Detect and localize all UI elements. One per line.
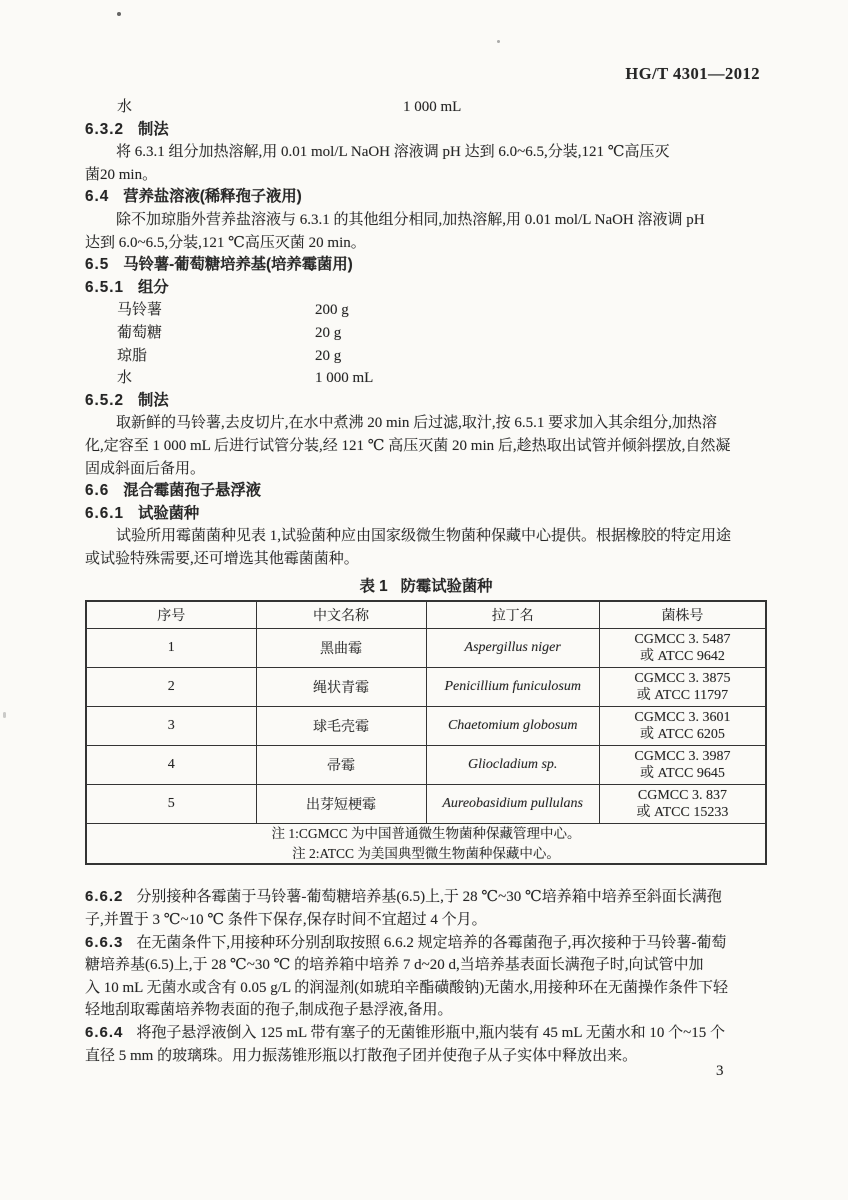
serial-cell: 4 xyxy=(86,746,256,785)
clause-number: 6.6.4 xyxy=(85,1024,123,1041)
ingredient-name: 琼脂 xyxy=(117,348,147,364)
table-row: 1 黑曲霉 Aspergillus niger CGMCC 3. 5487 或 … xyxy=(86,629,766,668)
clause-heading-651: 6.5.1组分 xyxy=(85,277,767,300)
latin-name-cell: Aureobasidium pullulans xyxy=(426,785,599,824)
ingredient-amount: 20 g xyxy=(315,322,341,345)
ingredient-row: 马铃薯 200 g xyxy=(85,299,767,322)
clause-paragraph-662: 6.6.2分别接种各霉菌于马铃薯-葡萄糖培养基(6.5)上,于 28 ℃~30 … xyxy=(85,886,767,909)
ingredient-amount: 20 g xyxy=(315,345,341,368)
paragraph-line: 将 6.3.1 组分加热溶解,用 0.01 mol/L NaOH 溶液调 pH … xyxy=(85,141,767,164)
table-header-row: 序号 中文名称 拉丁名 菌株号 xyxy=(86,601,766,629)
ingredient-name: 葡萄糖 xyxy=(117,325,162,341)
table-header-cell: 序号 xyxy=(86,601,256,629)
strain-line: CGMCC 3. 3601 xyxy=(604,709,761,727)
table-row: 2 绳状青霉 Penicillium funiculosum CGMCC 3. … xyxy=(86,668,766,707)
paragraph-line: 轻地刮取霉菌培养物表面的孢子,制成孢子悬浮液,备用。 xyxy=(85,999,767,1022)
table-caption: 表 1防霉试验菌种 xyxy=(85,575,767,598)
strain-line: 或 ATCC 9645 xyxy=(604,765,761,783)
paragraph-line: 固成斜面后备用。 xyxy=(85,458,767,481)
table-notes: 注 1:CGMCC 为中国普通微生物菌种保藏管理中心。 注 2:ATCC 为美国… xyxy=(86,824,766,865)
latin-name-cell: Penicillium funiculosum xyxy=(426,668,599,707)
strain-line: CGMCC 3. 837 xyxy=(604,787,761,805)
paragraph-text: 分别接种各霉菌于马铃薯-葡萄糖培养基(6.5)上,于 28 ℃~30 ℃培养箱中… xyxy=(136,889,721,905)
paragraph-line: 试验所用霉菌菌种见表 1,试验菌种应由国家级微生物菌种保藏中心提供。根据橡胶的特… xyxy=(85,525,767,548)
table-row: 3 球毛壳霉 Chaetomium globosum CGMCC 3. 3601… xyxy=(86,707,766,746)
strain-line: 或 ATCC 9642 xyxy=(604,648,761,666)
clause-heading-66: 6.6混合霉菌孢子悬浮液 xyxy=(85,480,767,503)
clause-heading-65: 6.5马铃薯-葡萄糖培养基(培养霉菌用) xyxy=(85,254,767,277)
scanned-document-page: HG/T 4301—2012 水 1 000 mL 6.3.2制法 将 6.3.… xyxy=(0,0,848,1200)
clause-number: 6.4 xyxy=(85,188,109,205)
ingredient-row: 水 1 000 mL xyxy=(85,367,767,390)
paragraph-line: 子,并置于 3 ℃~10 ℃ 条件下保存,保存时间不宜超过 4 个月。 xyxy=(85,909,767,932)
strain-line: CGMCC 3. 3987 xyxy=(604,748,761,766)
serial-cell: 2 xyxy=(86,668,256,707)
species-table: 序号 中文名称 拉丁名 菌株号 1 黑曲霉 Aspergillus niger … xyxy=(85,600,767,865)
paragraph-line: 或试验特殊需要,还可增选其他霉菌菌种。 xyxy=(85,548,767,571)
paragraph-line: 化,定容至 1 000 mL 后进行试管分装,经 121 ℃ 高压灭菌 20 m… xyxy=(85,435,767,458)
scan-speck xyxy=(497,40,500,43)
table-caption-label: 表 1 xyxy=(360,578,388,595)
strain-cell: CGMCC 3. 3987 或 ATCC 9645 xyxy=(599,746,766,785)
clause-heading-64: 6.4营养盐溶液(稀释孢子液用) xyxy=(85,186,767,209)
strain-line: CGMCC 3. 3875 xyxy=(604,670,761,688)
chinese-name-cell: 黑曲霉 xyxy=(256,629,426,668)
clauses-after-table: 6.6.2分别接种各霉菌于马铃薯-葡萄糖培养基(6.5)上,于 28 ℃~30 … xyxy=(85,886,767,1067)
paragraph-line: 除不加琼脂外营养盐溶液与 6.3.1 的其他组分相同,加热溶解,用 0.01 m… xyxy=(85,209,767,232)
clause-number: 6.5 xyxy=(85,256,109,273)
clause-heading-661: 6.6.1试验菌种 xyxy=(85,503,767,526)
table-header-cell: 中文名称 xyxy=(256,601,426,629)
serial-cell: 3 xyxy=(86,707,256,746)
ingredient-amount: 1 000 mL xyxy=(315,367,373,390)
strain-cell: CGMCC 3. 3601 或 ATCC 6205 xyxy=(599,707,766,746)
clause-number: 6.6 xyxy=(85,482,109,499)
clause-number: 6.6.1 xyxy=(85,505,124,522)
clause-title: 试验菌种 xyxy=(138,505,199,522)
clause-number: 6.6.3 xyxy=(85,934,123,951)
note-line: 注 1:CGMCC 为中国普通微生物菌种保藏管理中心。 xyxy=(91,824,761,844)
clause-heading-632: 6.3.2制法 xyxy=(85,119,767,142)
clause-title: 混合霉菌孢子悬浮液 xyxy=(123,482,261,499)
strain-cell: CGMCC 3. 5487 或 ATCC 9642 xyxy=(599,629,766,668)
clause-title: 马铃薯-葡萄糖培养基(培养霉菌用) xyxy=(123,256,352,273)
ingredient-amount: 200 g xyxy=(315,299,349,322)
scan-speck xyxy=(117,12,121,16)
clause-title: 组分 xyxy=(138,279,169,296)
ingredient-amount: 1 000 mL xyxy=(403,96,461,119)
ingredient-row: 葡萄糖 20 g xyxy=(85,322,767,345)
standard-number: HG/T 4301—2012 xyxy=(625,64,760,84)
paragraph-line: 达到 6.0~6.5,分装,121 ℃高压灭菌 20 min。 xyxy=(85,232,767,255)
table-header-cell: 菌株号 xyxy=(599,601,766,629)
latin-name-cell: Aspergillus niger xyxy=(426,629,599,668)
strain-line: CGMCC 3. 5487 xyxy=(604,631,761,649)
clause-number: 6.5.1 xyxy=(85,279,124,296)
clause-paragraph-663: 6.6.3在无菌条件下,用接种环分别刮取按照 6.6.2 规定培养的各霉菌孢子,… xyxy=(85,932,767,955)
page-content: 水 1 000 mL 6.3.2制法 将 6.3.1 组分加热溶解,用 0.01… xyxy=(85,96,767,1067)
table-row: 5 出芽短梗霉 Aureobasidium pullulans CGMCC 3.… xyxy=(86,785,766,824)
chinese-name-cell: 球毛壳霉 xyxy=(256,707,426,746)
clause-number: 6.3.2 xyxy=(85,121,124,138)
chinese-name-cell: 帚霉 xyxy=(256,746,426,785)
serial-cell: 5 xyxy=(86,785,256,824)
ingredient-name: 马铃薯 xyxy=(117,302,162,318)
paragraph-line: 直径 5 mm 的玻璃珠。用力振荡锥形瓶以打散孢子团并使孢子从子实体中释放出来。 xyxy=(85,1045,767,1068)
table-caption-title: 防霉试验菌种 xyxy=(401,578,493,595)
ingredient-name: 水 xyxy=(117,99,132,115)
table-row: 4 帚霉 Gliocladium sp. CGMCC 3. 3987 或 ATC… xyxy=(86,746,766,785)
paragraph-line: 取新鲜的马铃薯,去皮切片,在水中煮沸 20 min 后过滤,取汁,按 6.5.1… xyxy=(85,412,767,435)
paragraph-line: 菌20 min。 xyxy=(85,164,767,187)
chinese-name-cell: 出芽短梗霉 xyxy=(256,785,426,824)
ingredient-row: 水 1 000 mL xyxy=(85,96,767,119)
serial-cell: 1 xyxy=(86,629,256,668)
clause-title: 营养盐溶液(稀释孢子液用) xyxy=(123,188,301,205)
scan-speck xyxy=(3,712,6,718)
strain-cell: CGMCC 3. 3875 或 ATCC 11797 xyxy=(599,668,766,707)
strain-line: 或 ATCC 11797 xyxy=(604,687,761,705)
paragraph-line: 入 10 mL 无菌水或含有 0.05 g/L 的润湿剂(如琥珀辛酯磺酸钠)无菌… xyxy=(85,977,767,1000)
paragraph-text: 在无菌条件下,用接种环分别刮取按照 6.6.2 规定培养的各霉菌孢子,再次接种于… xyxy=(136,935,726,951)
ingredient-name: 水 xyxy=(117,370,132,386)
ingredient-row: 琼脂 20 g xyxy=(85,345,767,368)
clause-number: 6.5.2 xyxy=(85,392,124,409)
latin-name-cell: Gliocladium sp. xyxy=(426,746,599,785)
paragraph-text: 将孢子悬浮液倒入 125 mL 带有塞子的无菌锥形瓶中,瓶内装有 45 mL 无… xyxy=(136,1025,725,1041)
chinese-name-cell: 绳状青霉 xyxy=(256,668,426,707)
strain-cell: CGMCC 3. 837 或 ATCC 15233 xyxy=(599,785,766,824)
clause-title: 制法 xyxy=(138,392,169,409)
strain-line: 或 ATCC 6205 xyxy=(604,726,761,744)
clause-paragraph-664: 6.6.4将孢子悬浮液倒入 125 mL 带有塞子的无菌锥形瓶中,瓶内装有 45… xyxy=(85,1022,767,1045)
clause-title: 制法 xyxy=(138,121,169,138)
clause-number: 6.6.2 xyxy=(85,888,123,905)
table-header-cell: 拉丁名 xyxy=(426,601,599,629)
clause-heading-652: 6.5.2制法 xyxy=(85,390,767,413)
page-number: 3 xyxy=(716,1063,724,1080)
note-line: 注 2:ATCC 为美国典型微生物菌种保藏中心。 xyxy=(91,844,761,864)
latin-name-cell: Chaetomium globosum xyxy=(426,707,599,746)
strain-line: 或 ATCC 15233 xyxy=(604,804,761,822)
paragraph-line: 糖培养基(6.5)上,于 28 ℃~30 ℃ 的培养箱中培养 7 d~20 d,… xyxy=(85,954,767,977)
table-notes-row: 注 1:CGMCC 为中国普通微生物菌种保藏管理中心。 注 2:ATCC 为美国… xyxy=(86,824,766,865)
